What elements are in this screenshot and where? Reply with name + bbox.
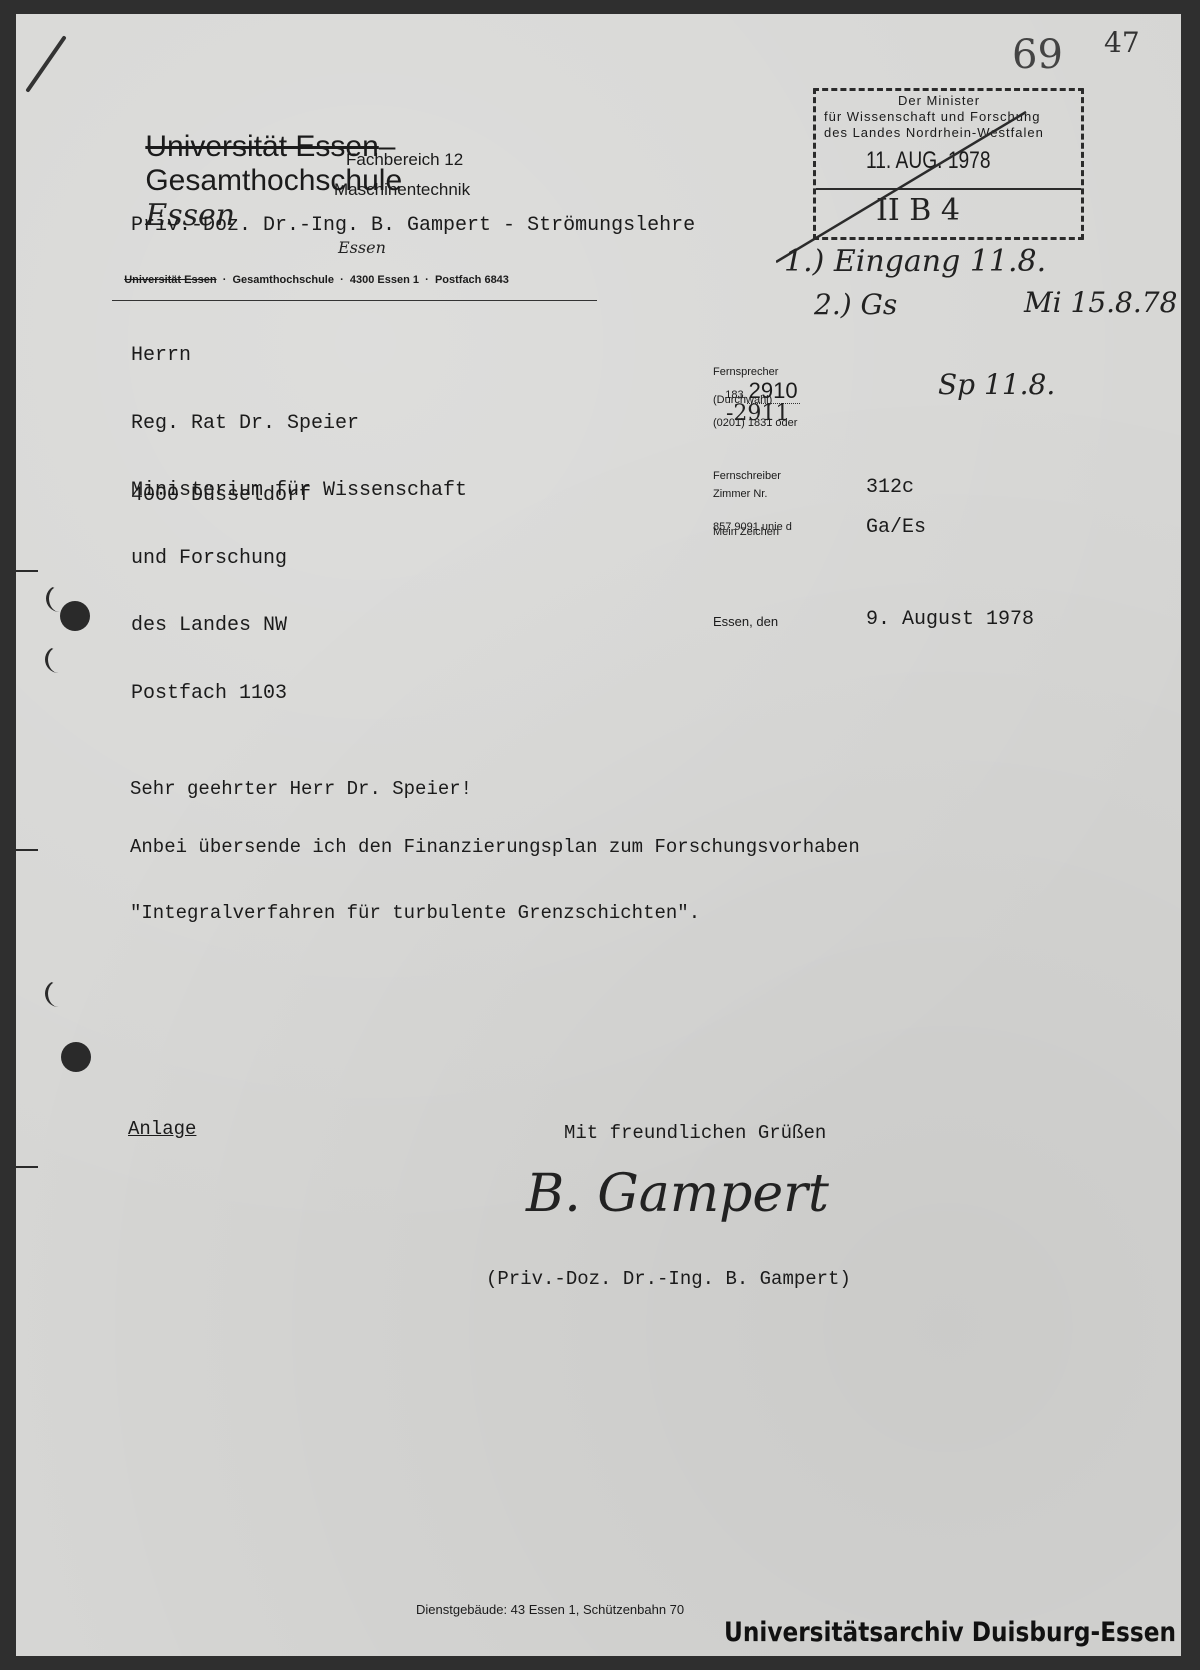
- date-label: Essen, den: [713, 614, 778, 629]
- folio-number: 69: [1012, 32, 1063, 78]
- department: Fachbereich 12: [346, 150, 463, 170]
- recipient-city: 4000 Düsseldorf: [131, 484, 311, 507]
- telex-block: Fernschreiber 857 9091 unie d: [713, 434, 792, 570]
- body-paragraph-line-1: Anbei übersende ich den Finanzierungspla…: [130, 836, 860, 858]
- room-label: Zimmer Nr.: [713, 488, 767, 500]
- return-address-handwritten-city: Essen: [338, 238, 386, 257]
- return-address-line: Universität Essen · Gesamthochschule · 4…: [112, 262, 597, 301]
- body-paragraph-line-2: "Integralverfahren für turbulente Grenzs…: [130, 902, 700, 924]
- note-initials-date: Mi 15.8.78: [1024, 286, 1177, 319]
- page-number: 47: [1104, 26, 1140, 59]
- punch-hole-ring-icon: [45, 646, 72, 673]
- letter-date: 9. August 1978: [866, 608, 1034, 631]
- reference-value: Ga/Es: [866, 516, 926, 539]
- struck-university-name: Universität Essen: [145, 130, 378, 163]
- reference-label: Mein Zeichen: [713, 526, 779, 538]
- punch-hole-icon: [61, 1042, 91, 1072]
- punch-hole-icon: [60, 601, 90, 631]
- fold-mark: [16, 1166, 38, 1168]
- note-gs: 2.) Gs: [814, 288, 897, 321]
- closing: Mit freundlichen Grüßen: [564, 1122, 826, 1144]
- enclosure-label: Anlage: [128, 1118, 196, 1140]
- stamp-crossout-line: [776, 104, 1036, 264]
- signature: B. Gampert: [526, 1164, 829, 1224]
- note-sp: Sp 11.8.: [938, 368, 1055, 401]
- sender-line: Priv.-Doz. Dr.-Ing. B. Gampert - Strömun…: [131, 214, 695, 237]
- building-address: Dienstgebäude: 43 Essen 1, Schützenbahn …: [416, 1602, 684, 1617]
- subject-area: Maschinentechnik: [334, 180, 470, 200]
- fold-mark: [16, 849, 38, 851]
- slash-mark-icon: [20, 24, 70, 94]
- room-value: 312c: [866, 476, 914, 499]
- note-eingang: 1.) Eingang 11.8.: [784, 244, 1046, 279]
- fold-mark: [16, 570, 38, 572]
- direct-dial-handwritten: -2911: [726, 401, 789, 426]
- archive-watermark: Universitätsarchiv Duisburg-Essen: [724, 1617, 1176, 1648]
- punch-hole-ring-icon: [45, 980, 72, 1007]
- salutation: Sehr geehrter Herr Dr. Speier!: [130, 778, 472, 800]
- recipient-address: Herrn Reg. Rat Dr. Speier Ministerium fü…: [131, 300, 467, 750]
- signatory-name: (Priv.-Doz. Dr.-Ing. B. Gampert): [486, 1268, 851, 1290]
- letter-page: 69 47 Universität Essen– Gesamthochschul…: [16, 14, 1181, 1656]
